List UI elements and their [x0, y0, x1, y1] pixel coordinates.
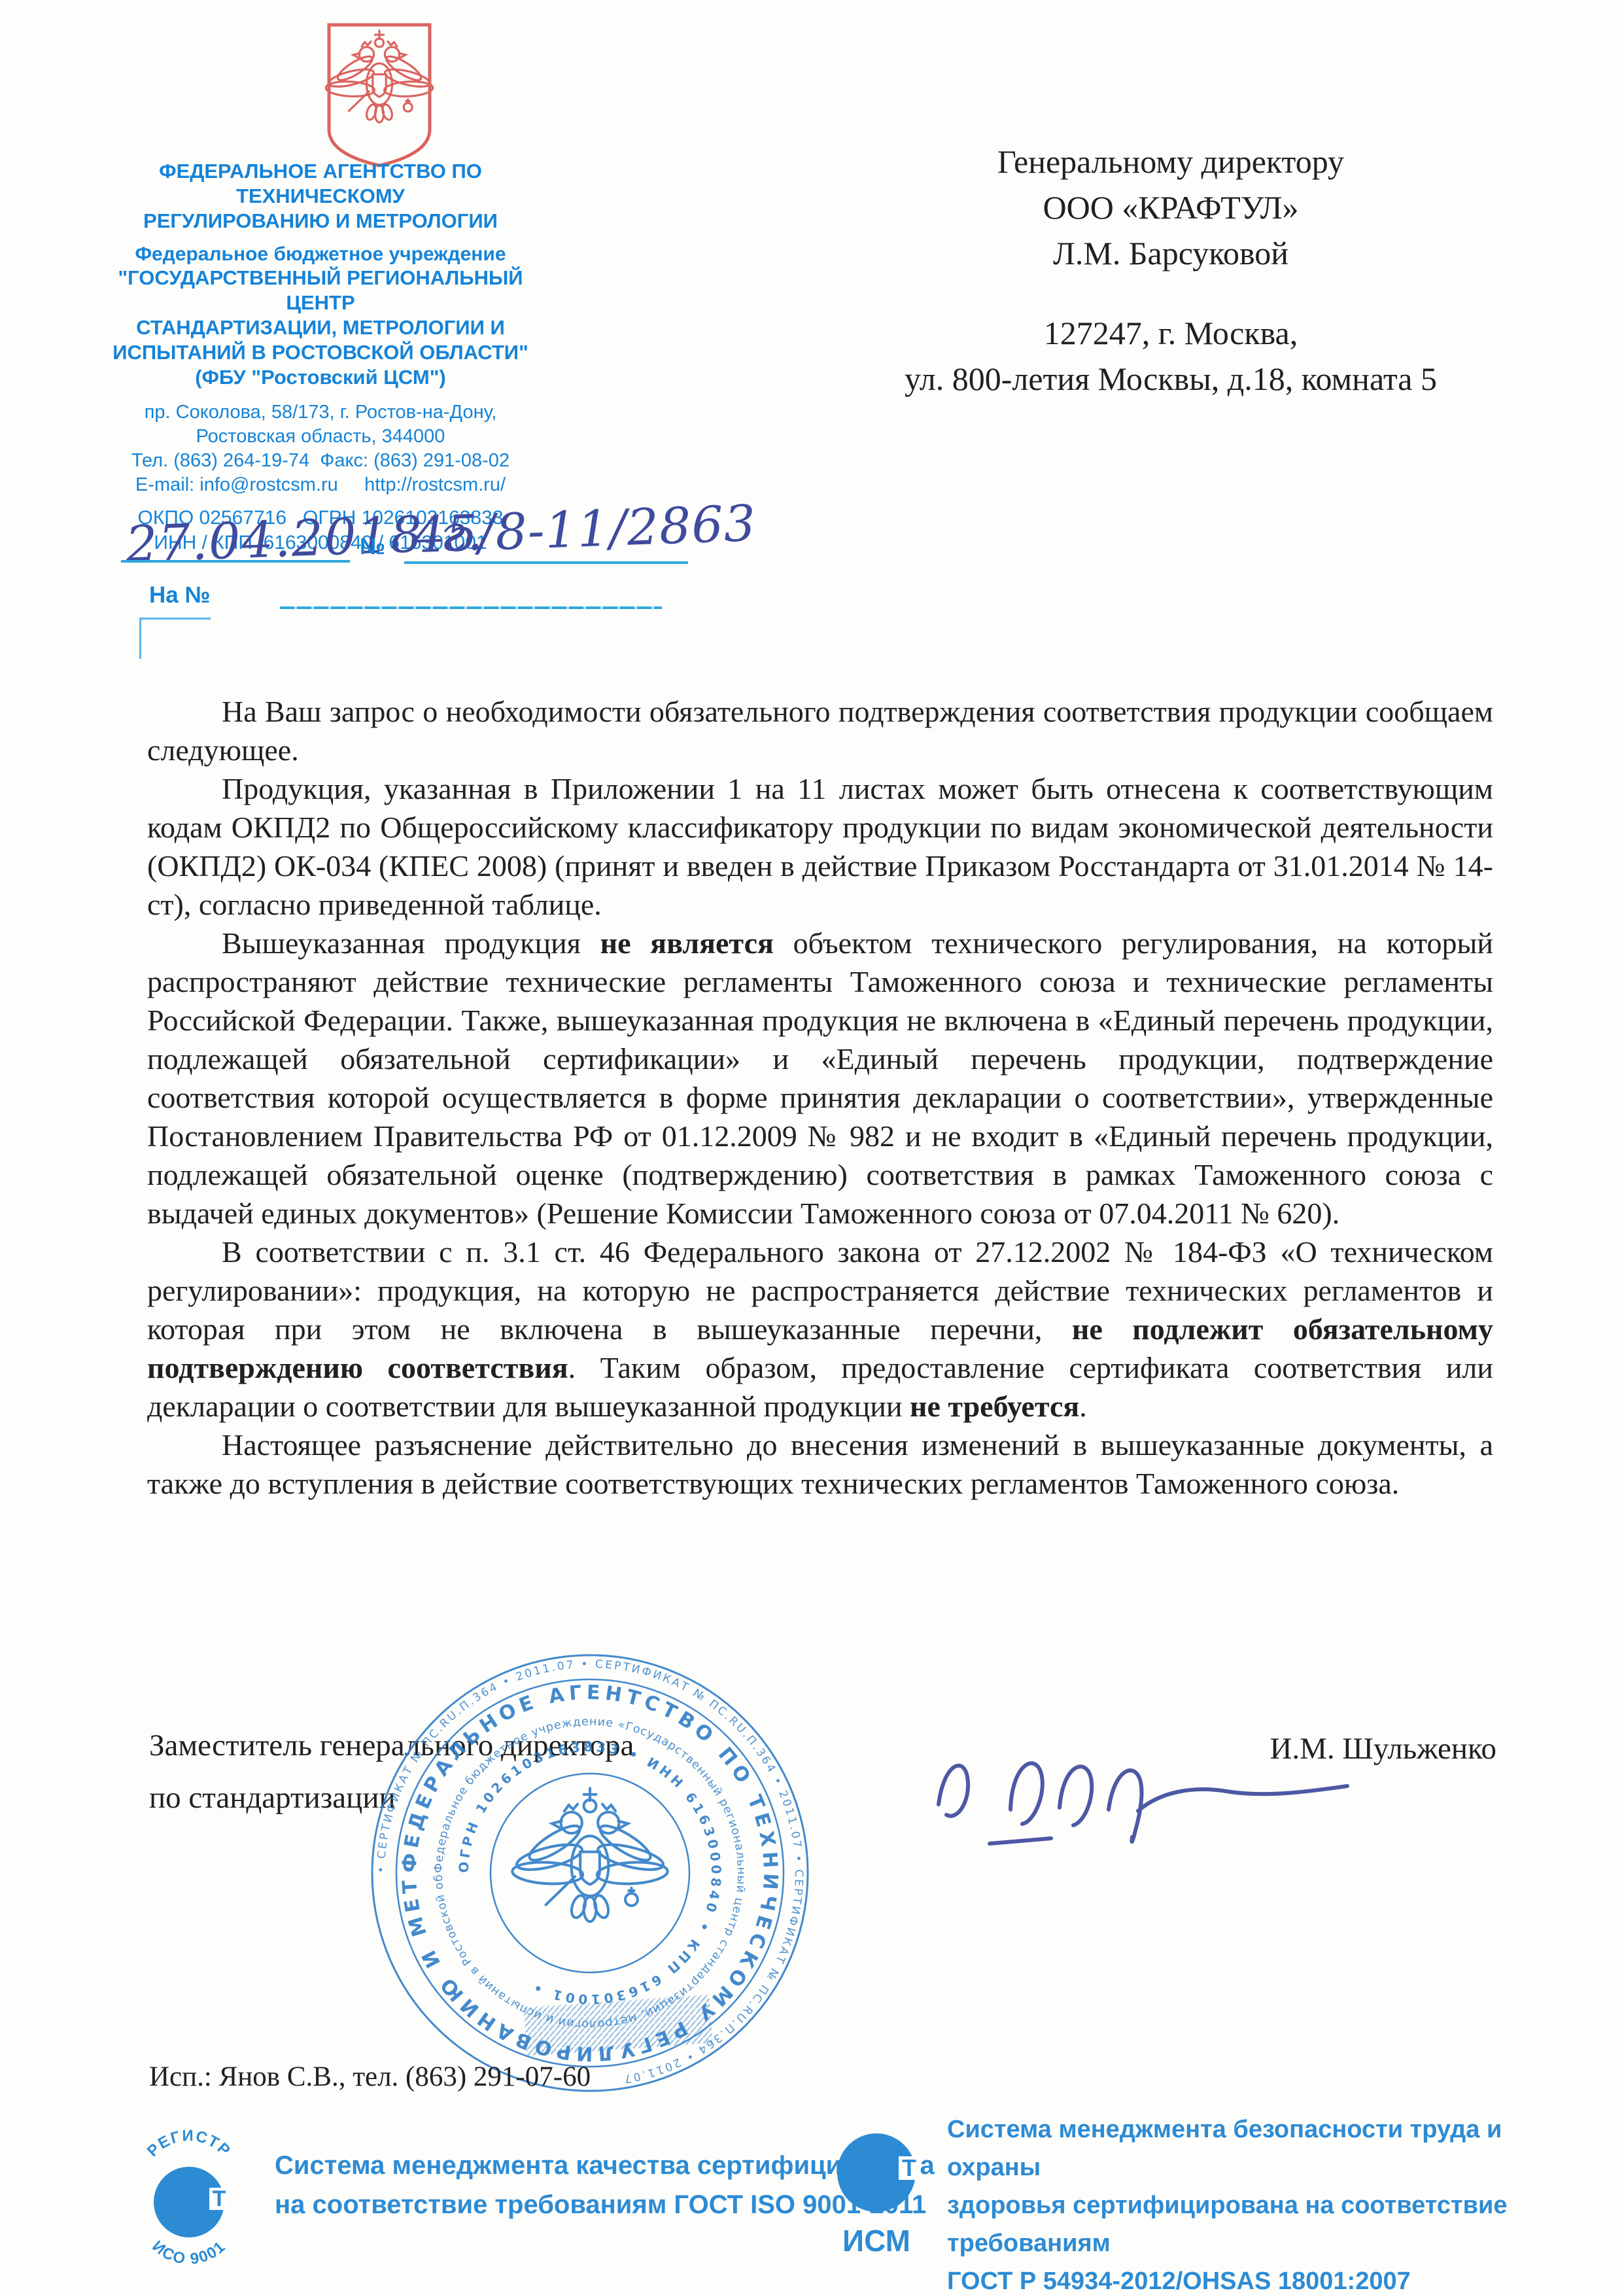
- contact-info: пр. Соколова, 58/173, г. Ростов-на-Дону,…: [105, 400, 536, 497]
- text-line: ФЕДЕРАЛЬНОЕ АГЕНТСТВО ПО ТЕХНИЧЕСКОМУ: [105, 159, 536, 209]
- agency-name: ФЕДЕРАЛЬНОЕ АГЕНТСТВО ПО ТЕХНИЧЕСКОМУРЕГ…: [105, 159, 536, 234]
- text-line: ул. 800-летия Москвы, д.18, комната 5: [844, 356, 1498, 402]
- text-line: E-mail: info@rostcsm.ru http://rostcsm.r…: [105, 473, 536, 497]
- text-line: "ГОСУДАРСТВЕННЫЙ РЕГИОНАЛЬНЫЙ ЦЕНТР: [105, 266, 536, 315]
- text-run: .: [1079, 1390, 1087, 1423]
- handwritten-outgoing-number: 45/8-11/2863: [413, 494, 757, 564]
- rst-ism-logo-icon: РС Т ИСМ: [824, 2111, 934, 2269]
- reply-to-label: На №: [149, 582, 210, 608]
- body-paragraph: В соответствии с п. 3.1 ст. 46 Федеральн…: [147, 1233, 1493, 1426]
- text-run: Продукция, указанная в Приложении 1 на 1…: [147, 772, 1493, 921]
- text-line: СТАНДАРТИЗАЦИИ, МЕТРОЛОГИИ И: [105, 315, 536, 340]
- reply-to-underline: [280, 606, 662, 609]
- svg-text:РС: РС: [158, 2182, 209, 2224]
- recipient-block: Генеральному директоруООО «КРАФТУЛ»Л.М. …: [844, 139, 1498, 402]
- text-run: На Ваш запрос о необходимости обязательн…: [147, 695, 1493, 767]
- text-line: Л.М. Барсуковой: [844, 230, 1498, 276]
- executor-line: Исп.: Янов С.В., тел. (863) 291-07-60: [149, 2061, 591, 2093]
- body-paragraph: На Ваш запрос о необходимости обязательн…: [147, 692, 1493, 769]
- svg-text:РС: РС: [844, 2152, 899, 2197]
- text-line: Генеральному директору: [844, 139, 1498, 184]
- svg-text:ИСО 9001: ИСО 9001: [148, 2237, 229, 2268]
- text-line: ООО «КРАФТУЛ»: [844, 184, 1498, 230]
- signature-handwriting-icon: [912, 1693, 1370, 1902]
- letter-body: На Ваш запрос о необходимости обязательн…: [147, 692, 1493, 1503]
- svg-text:Т: Т: [213, 2186, 226, 2211]
- recipient-address: 127247, г. Москва,ул. 800-летия Москвы, …: [844, 310, 1498, 402]
- double-headed-eagle-icon: [326, 31, 434, 122]
- svg-text:ИСМ: ИСМ: [842, 2224, 910, 2258]
- text-line: Система менеджмента безопасности труда и…: [947, 2111, 1510, 2186]
- body-paragraph: Настоящее разъяснение действительно до в…: [147, 1426, 1493, 1503]
- recipient-name: Генеральному директоруООО «КРАФТУЛ»Л.М. …: [844, 139, 1498, 276]
- body-paragraph: Вышеуказанная продукция не является объе…: [147, 924, 1493, 1233]
- text-line: (ФБУ "Ростовский ЦСМ"): [105, 365, 536, 390]
- svg-text:РЕГИСТР: РЕГИСТР: [144, 2127, 234, 2160]
- organization-name: "ГОСУДАРСТВЕННЫЙ РЕГИОНАЛЬНЫЙ ЦЕНТРСТАНД…: [105, 266, 536, 390]
- safety-certification-note: Система менеджмента безопасности труда и…: [947, 2111, 1510, 2295]
- text-line: пр. Соколова, 58/173, г. Ростов-на-Дону,: [105, 400, 536, 425]
- stamp-hatched-box: [523, 1995, 712, 2056]
- russia-coat-of-arms-icon: [323, 20, 436, 167]
- text-line: РЕГУЛИРОВАНИЮ И МЕТРОЛОГИИ: [105, 209, 536, 234]
- letterhead: ФЕДЕРАЛЬНОЕ АГЕНТСТВО ПО ТЕХНИЧЕСКОМУРЕГ…: [105, 159, 536, 555]
- text-line: Ростовская область, 344000: [105, 425, 536, 449]
- stamp-organization-ring: Федеральное бюджетное учреждение «Госуда…: [432, 1715, 748, 2031]
- double-headed-eagle-icon: [511, 1788, 668, 1921]
- bold-text-run: не является: [600, 926, 774, 960]
- document-page: ФЕДЕРАЛЬНОЕ АГЕНТСТВО ПО ТЕХНИЧЕСКОМУРЕГ…: [0, 0, 1624, 2295]
- rst-iso9001-logo-icon: РЕГИСТР РС Т ИСО 9001: [130, 2122, 249, 2278]
- body-paragraph: Продукция, указанная в Приложении 1 на 1…: [147, 769, 1493, 924]
- official-round-stamp: • СЕРТИФИКАТ № ПС.RU.П.364 • 2011.07 • С…: [361, 1634, 819, 2112]
- text-line: Тел. (863) 264-19-74 Факс: (863) 291-08-…: [105, 449, 536, 473]
- corner-fold-mark: [139, 618, 211, 659]
- svg-text:Т: Т: [902, 2154, 916, 2181]
- number-label: №: [360, 534, 385, 560]
- text-line: 127247, г. Москва,: [844, 310, 1498, 356]
- text-line: здоровья сертифицирована на соответствие…: [947, 2186, 1510, 2262]
- text-run: Настоящее разъяснение действительно до в…: [147, 1428, 1493, 1500]
- text-run: объектом технического регулирования, на …: [147, 926, 1493, 1230]
- bold-text-run: не требуется: [910, 1390, 1079, 1423]
- date-underline: [121, 560, 350, 563]
- number-underline: [404, 561, 688, 564]
- text-line: ИСПЫТАНИЙ В РОСТОВСКОЙ ОБЛАСТИ": [105, 340, 536, 365]
- text-line: ГОСТ Р 54934-2012/OHSAS 18001:2007: [947, 2262, 1510, 2295]
- text-run: Вышеуказанная продукция: [222, 926, 600, 960]
- stamp-numbers-ring: ОГРН 1026103163833 • ИНН 6163000840 • КП…: [456, 1739, 724, 2007]
- institution-type: Федеральное бюджетное учреждение: [105, 243, 536, 266]
